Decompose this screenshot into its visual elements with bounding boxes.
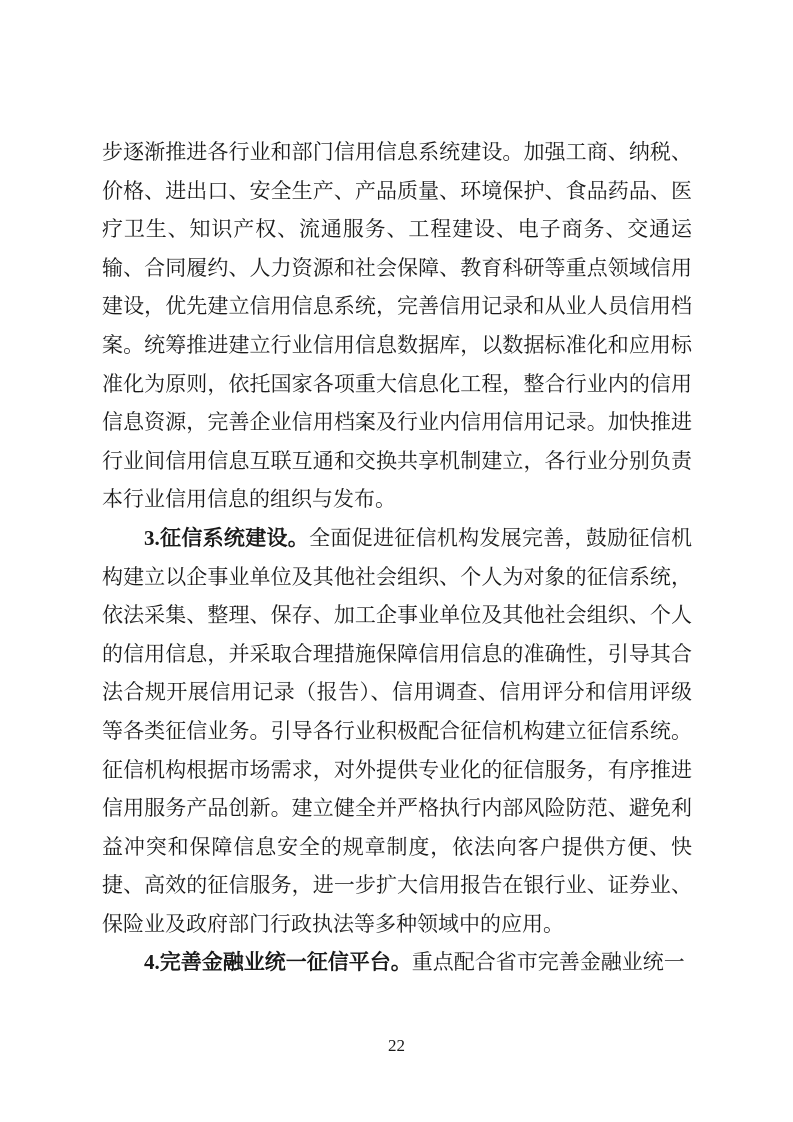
paragraph-section-4: 4.完善金融业统一征信平台。重点配合省市完善金融业统一 <box>102 943 692 982</box>
section-heading-3: 3.征信系统建设。 <box>144 526 309 550</box>
document-body: 步逐渐推进各行业和部门信用信息系统建设。加强工商、纳税、价格、进出口、安全生产、… <box>102 133 692 982</box>
document-page: 步逐渐推进各行业和部门信用信息系统建设。加强工商、纳税、价格、进出口、安全生产、… <box>0 0 793 1122</box>
paragraph-section-3: 3.征信系统建设。全面促进征信机构发展完善，鼓励征信机构建立以企事业单位及其他社… <box>102 519 692 944</box>
page-number: 22 <box>0 1036 793 1056</box>
paragraph-continuation: 步逐渐推进各行业和部门信用信息系统建设。加强工商、纳税、价格、进出口、安全生产、… <box>102 133 692 519</box>
section-heading-4: 4.完善金融业统一征信平台。 <box>144 950 412 974</box>
paragraph-text: 步逐渐推进各行业和部门信用信息系统建设。加强工商、纳税、价格、进出口、安全生产、… <box>102 140 692 511</box>
paragraph-text: 重点配合省市完善金融业统一 <box>412 950 685 974</box>
paragraph-text: 全面促进征信机构发展完善，鼓励征信机构建立以企事业单位及其他社会组织、个人为对象… <box>102 526 692 936</box>
